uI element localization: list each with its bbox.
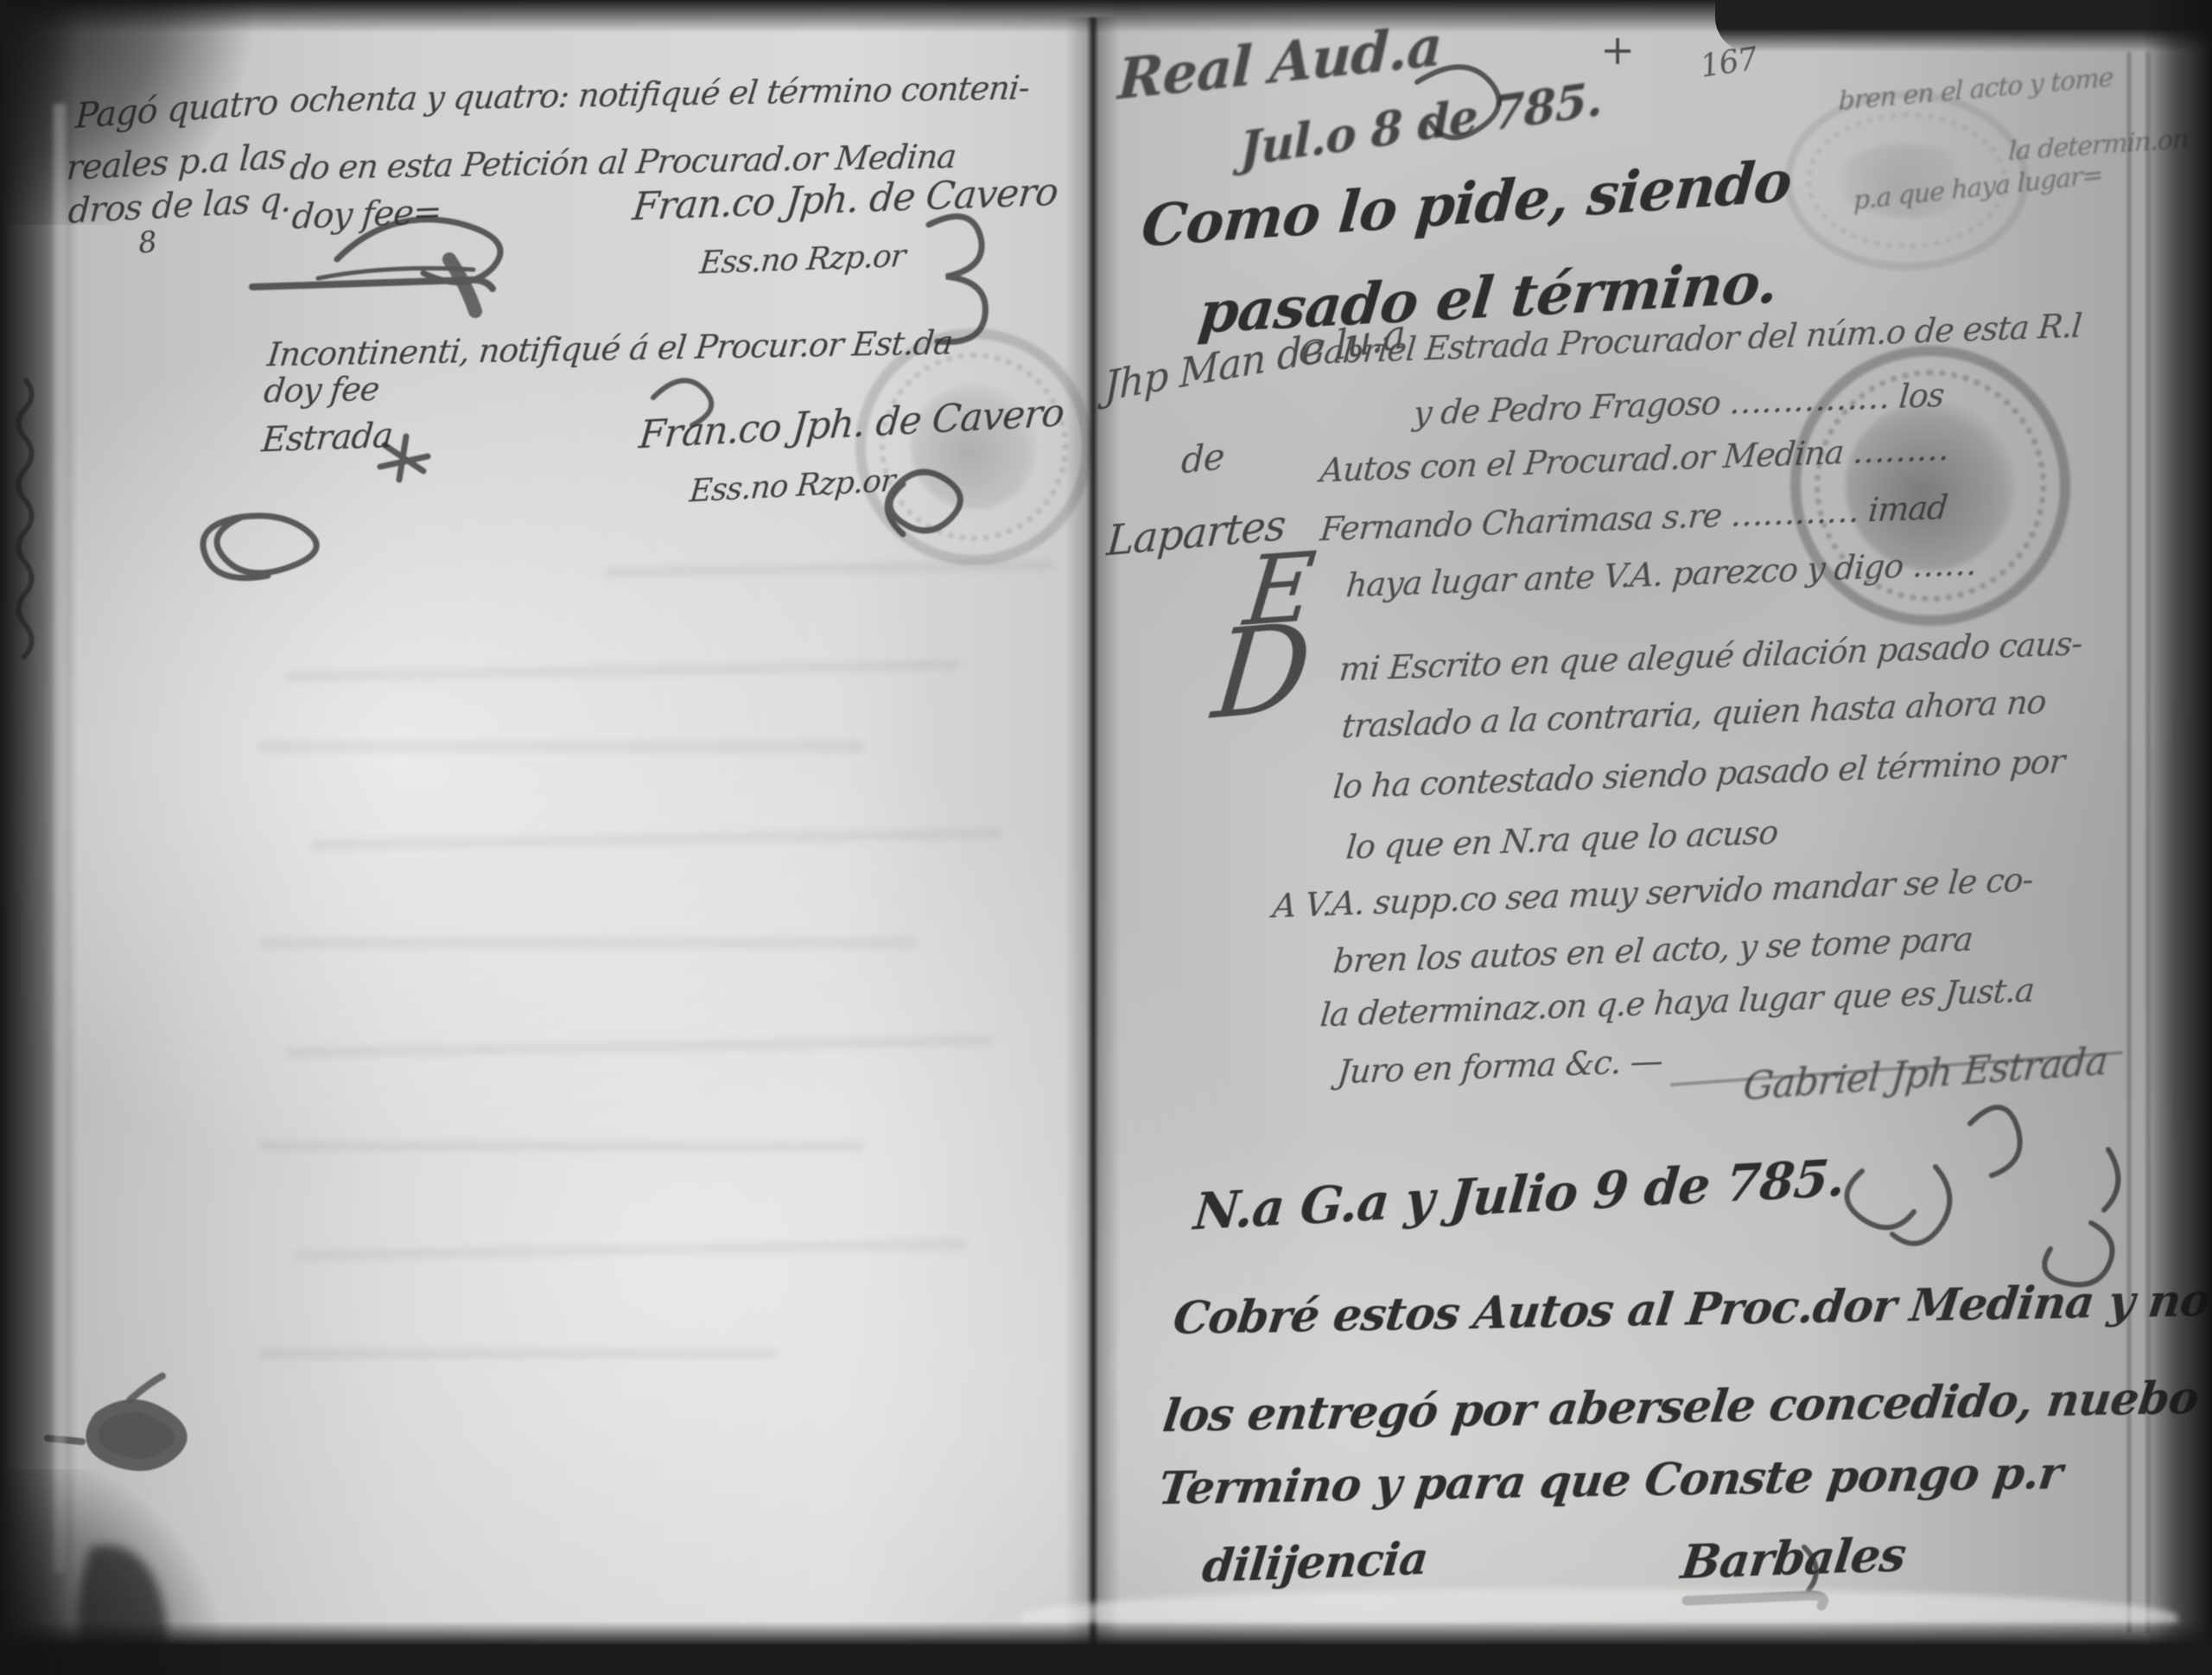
bleedthrough-line (259, 1141, 864, 1151)
bleedthrough-line (259, 1348, 778, 1359)
petition-initial: D (1208, 596, 1316, 748)
partial-seal-stamp-faint (1784, 91, 2029, 271)
official-seal-stamp-faint (855, 328, 1092, 565)
scribe-title: Ess.no Rzp.or (698, 239, 907, 281)
bleedthrough-line (259, 938, 916, 948)
cross-mark: + (1600, 26, 1634, 74)
attestation-party-name: Estrada (260, 416, 394, 460)
manuscript-scan: Pagó quatro reales p.a las dros de las q… (0, 0, 2212, 1675)
bleedthrough-line (259, 742, 864, 752)
attestation-line: doy fee= (290, 192, 443, 237)
diligencia-signature: Barbales (1678, 1526, 1909, 1589)
attestation-line: doy fee (262, 370, 380, 410)
margin-party-note: de (1180, 435, 1224, 482)
official-seal-stamp (1790, 346, 2070, 626)
diligencia-line: dilijencia (1200, 1532, 1431, 1593)
margin-note-line: 8 (137, 225, 158, 261)
